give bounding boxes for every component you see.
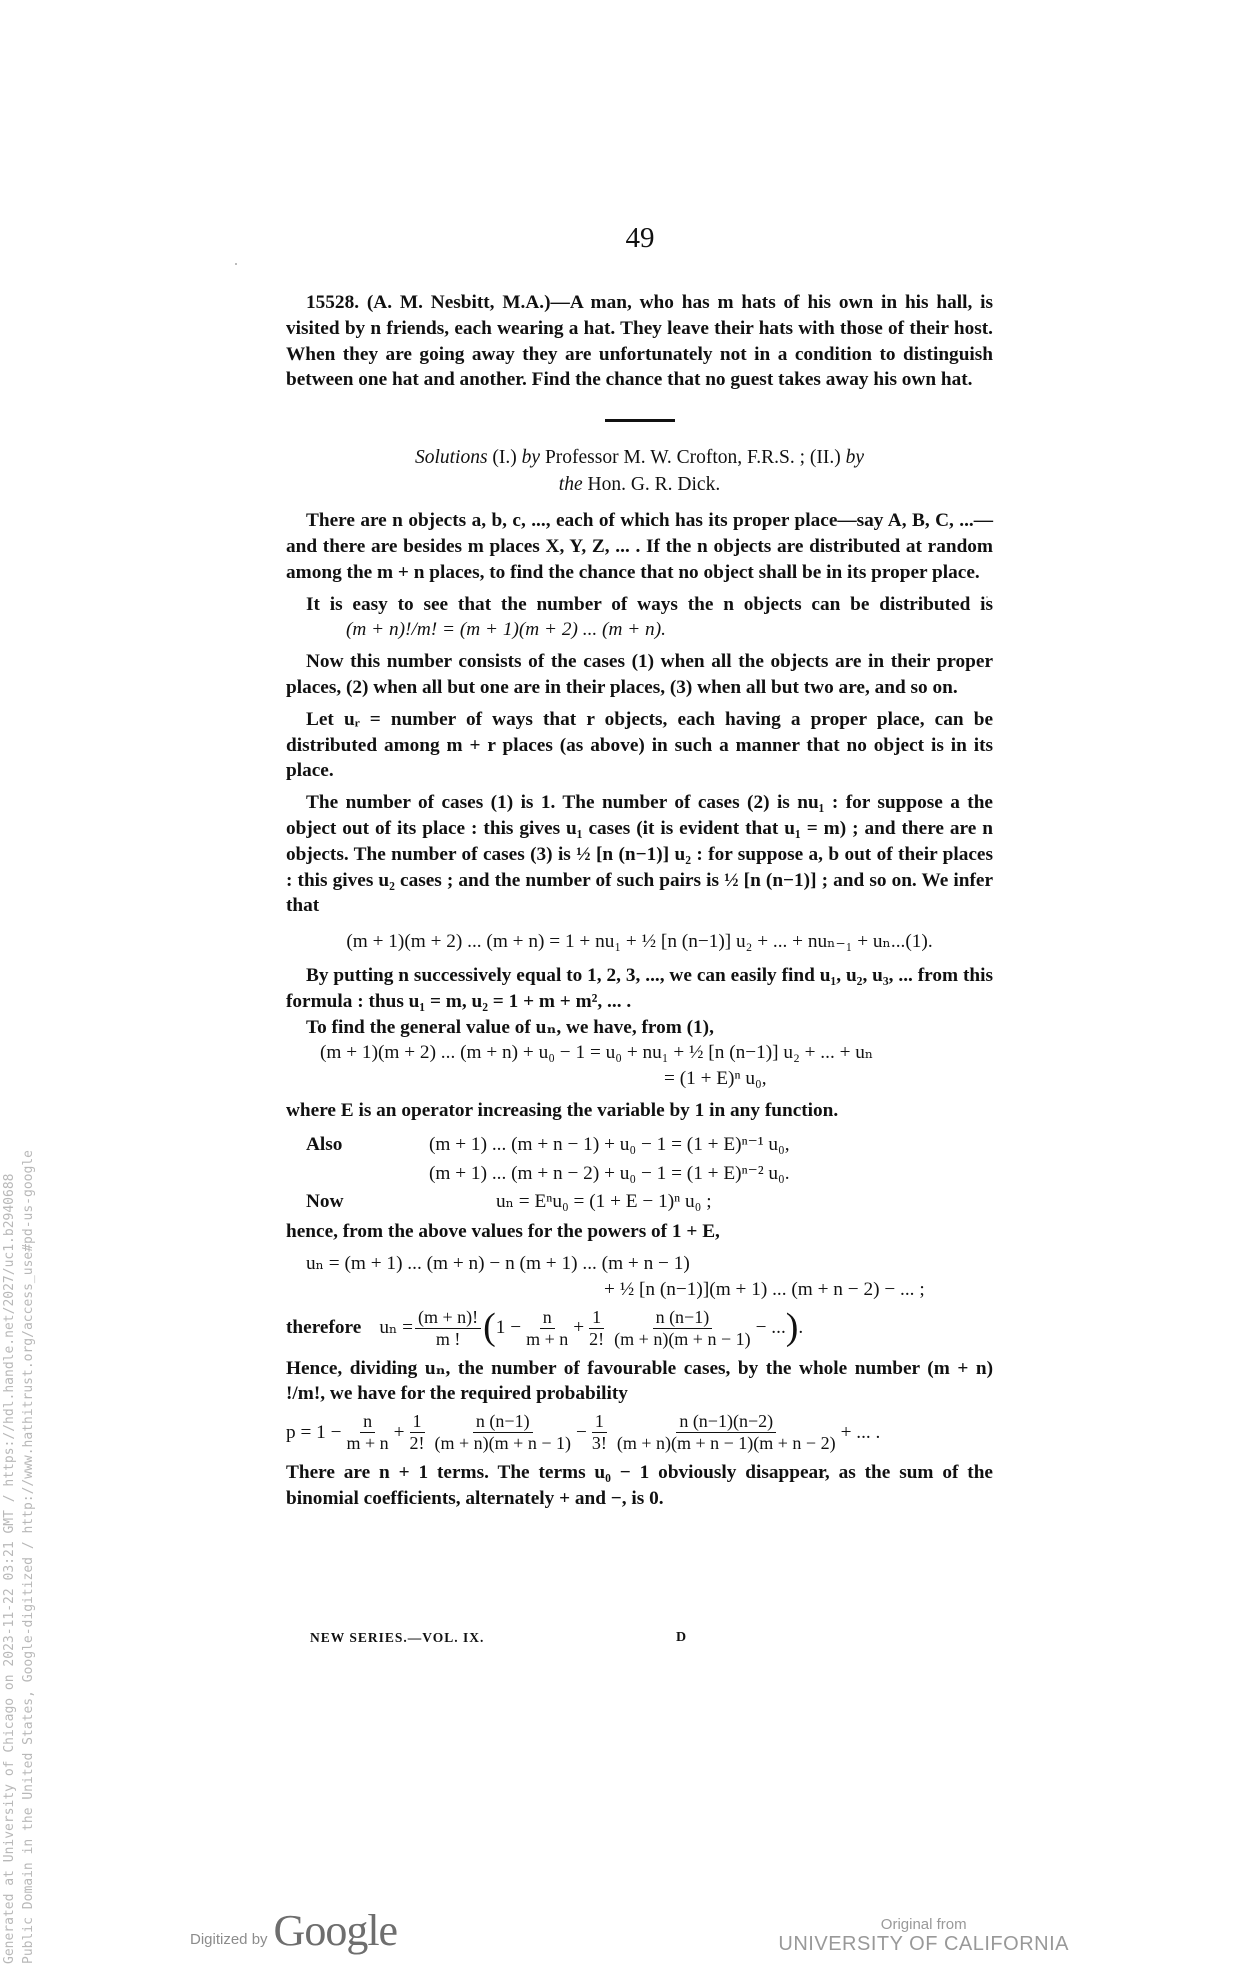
equation-6-fraction-4: n (n−1)(m + n)(m + n − 1)	[611, 1307, 753, 1350]
fraction-numerator: 1	[410, 1411, 425, 1433]
paragraph-7: To find the general value of uₙ, we have…	[286, 1015, 993, 1041]
watermark-line-1: Generated at University of Chicago on 20…	[0, 1150, 19, 1964]
also-label: Also	[286, 1132, 429, 1158]
footer-signature: D	[676, 1630, 686, 1646]
fraction-denominator: m + n	[344, 1433, 392, 1454]
equation-3-line-1: (m + 1) ... (m + n − 1) + u₀ − 1 = (1 + …	[429, 1132, 790, 1158]
equation-6-fraction-1: (m + n)!m !	[415, 1307, 481, 1350]
credits-author-1: Professor M. W. Crofton, F.R.S. ; (II.)	[545, 447, 841, 468]
equation-6-lhs: uₙ =	[379, 1315, 413, 1341]
paragraph-6: By putting n successively equal to 1, 2,…	[286, 963, 993, 1015]
problem-proposer: (A. M. Nesbitt, M.A.)	[367, 292, 551, 313]
fraction-numerator: n (n−1)(n−2)	[676, 1411, 776, 1433]
equation-6-fraction-3: 12!	[586, 1307, 607, 1350]
paragraph-9: hence, from the above values for the pow…	[286, 1219, 993, 1245]
equation-7-minus: −	[576, 1420, 587, 1446]
equation-4: uₙ = Eⁿu₀ = (1 + E − 1)ⁿ u₀ ;	[496, 1189, 712, 1215]
original-institution: UNIVERSITY OF CALIFORNIA	[778, 1933, 1069, 1956]
original-from: Original from UNIVERSITY OF CALIFORNIA	[778, 1916, 1069, 1956]
fraction-numerator: n (n−1)	[473, 1411, 533, 1433]
scan-speck	[235, 263, 237, 265]
equation-6-term-1: 1 −	[496, 1315, 521, 1341]
fraction-numerator: n (n−1)	[653, 1307, 713, 1329]
fraction-numerator: 1	[589, 1307, 604, 1329]
page-body: 15528. (A. M. Nesbitt, M.A.)—A man, who …	[286, 290, 993, 1512]
credits-solutions-label: Solutions	[415, 447, 488, 468]
paragraph-1: There are n objects a, b, c, ..., each o…	[286, 508, 993, 585]
paragraph-2: It is easy to see that the number of way…	[286, 592, 993, 644]
credits-by-2: by	[846, 447, 864, 468]
section-divider	[605, 419, 675, 422]
credits-the: the	[559, 474, 583, 495]
paragraph-11: There are n + 1 terms. The terms u₀ − 1 …	[286, 1460, 993, 1512]
original-from-label: Original from	[778, 1916, 1069, 1933]
equation-6-fraction-2: nm + n	[523, 1307, 571, 1350]
equation-7-fraction-1: nm + n	[344, 1411, 392, 1454]
equation-7-end: + ... .	[841, 1420, 881, 1446]
fraction-numerator: n	[540, 1307, 555, 1329]
problem-statement: 15528. (A. M. Nesbitt, M.A.)—A man, who …	[286, 290, 993, 393]
close-paren: )	[786, 1315, 799, 1341]
therefore-label: therefore	[286, 1315, 361, 1341]
footer-series: NEW SERIES.—VOL. IX.	[310, 1630, 484, 1646]
now-label: Now	[286, 1189, 496, 1215]
equation-7-fraction-3: n (n−1)(m + n)(m + n − 1)	[432, 1411, 574, 1454]
paragraph-2-text: It is easy to see that the number of way…	[306, 594, 993, 615]
equation-2-line-1: (m + 1)(m + 2) ... (m + n) + u₀ − 1 = u₀…	[286, 1040, 993, 1066]
credits-numeral: (I.)	[492, 447, 516, 468]
equation-7-fraction-5: n (n−1)(n−2)(m + n)(m + n − 1)(m + n − 2…	[614, 1411, 839, 1454]
paragraph-5: The number of cases (1) is 1. The number…	[286, 790, 993, 919]
equation-6-row: therefore uₙ = (m + n)!m ! ( 1 − nm + n …	[286, 1307, 993, 1350]
fraction-numerator: 1	[592, 1411, 607, 1433]
page-number: 49	[0, 222, 1252, 255]
equation-5-line-1: uₙ = (m + 1) ... (m + n) − n (m + 1) ...…	[286, 1251, 993, 1277]
equation-3-line-2: (m + 1) ... (m + n − 2) + u₀ − 1 = (1 + …	[429, 1161, 790, 1187]
equation-7-lhs: p = 1 −	[286, 1420, 342, 1446]
equation-7-plus: +	[394, 1420, 405, 1446]
fraction-denominator: 2!	[586, 1329, 607, 1350]
equation-1: (m + 1)(m + 2) ... (m + n) = 1 + nu₁ + ½…	[286, 929, 993, 955]
paragraph-4: Let uᵣ = number of ways that r objects, …	[286, 707, 993, 784]
fraction-denominator: m !	[433, 1329, 464, 1350]
hathitrust-watermark: Generated at University of Chicago on 20…	[0, 1150, 38, 1970]
paragraph-3: Now this number consists of the cases (1…	[286, 649, 993, 701]
equation-7-fraction-4: 13!	[589, 1411, 610, 1454]
solution-credits: Solutions (I.) by Professor M. W. Crofto…	[286, 444, 993, 498]
equation-6-term-3: − ...	[756, 1315, 786, 1341]
fraction-denominator: (m + n)(m + n − 1)	[432, 1433, 574, 1454]
equation-7-row: p = 1 − nm + n + 12! n (n−1)(m + n)(m + …	[286, 1411, 993, 1454]
watermark-line-2: Public Domain in the United States, Goog…	[19, 1150, 38, 1964]
google-logo: Google	[274, 1905, 398, 1956]
credits-author-2: Hon. G. R. Dick.	[588, 474, 721, 495]
digitized-by-google: Digitized by Google	[190, 1905, 397, 1956]
equation-3-row-1: Also (m + 1) ... (m + n − 1) + u₀ − 1 = …	[286, 1132, 993, 1158]
equation-5-line-2: + ½ [n (n−1)](m + 1) ... (m + n − 2) − .…	[286, 1277, 993, 1303]
fraction-denominator: 3!	[589, 1433, 610, 1454]
paragraph-10: Hence, dividing uₙ, the number of favour…	[286, 1356, 993, 1408]
equation-6-plus: +	[573, 1315, 584, 1341]
digitized-by-label: Digitized by	[190, 1931, 268, 1948]
fraction-denominator: (m + n)(m + n − 1)	[611, 1329, 753, 1350]
equation-2-line-2: = (1 + E)ⁿ u₀,	[286, 1066, 993, 1092]
equation-6-end: .	[798, 1315, 803, 1341]
paragraph-8: where E is an operator increasing the va…	[286, 1098, 993, 1124]
fraction-denominator: m + n	[523, 1329, 571, 1350]
equation-3-row-2: (m + 1) ... (m + n − 2) + u₀ − 1 = (1 + …	[286, 1161, 993, 1187]
problem-id: 15528.	[306, 292, 359, 313]
fraction-numerator: n	[360, 1411, 375, 1433]
scan-speck	[986, 596, 988, 598]
open-paren: (	[483, 1315, 496, 1341]
fraction-denominator: (m + n)(m + n − 1)(m + n − 2)	[614, 1433, 839, 1454]
fraction-denominator: 2!	[407, 1433, 428, 1454]
equation-4-row: Now uₙ = Eⁿu₀ = (1 + E − 1)ⁿ u₀ ;	[286, 1189, 993, 1215]
credits-by: by	[522, 447, 540, 468]
equation-7-fraction-2: 12!	[407, 1411, 428, 1454]
fraction-numerator: (m + n)!	[415, 1307, 481, 1329]
equation-ways: (m + n)!/m! = (m + 1)(m + 2) ... (m + n)…	[346, 619, 666, 640]
